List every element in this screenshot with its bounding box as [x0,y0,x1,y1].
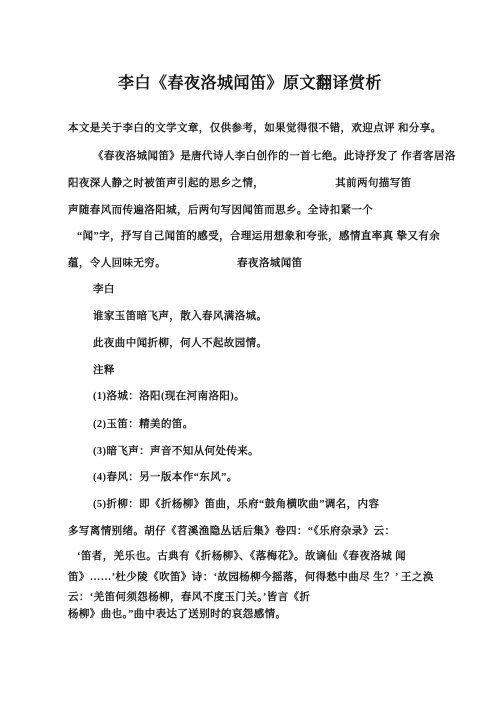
text-line: (1)洛城：洛阳(现在河南洛阳)。 [93,390,245,403]
text-line: 谁家玉笛暗飞声，散入春风满洛城。 [93,310,267,323]
text-line: “闻”字，抒写自己闻笛的感受，合理运用想象和夸张，感情直率真 挚又有余 [77,230,440,243]
text-line: 笛》……’杜少陵《吹笛》诗：‘故园杨柳今摇落，何得愁中曲尽 生？’ 王之涣 [68,571,434,584]
text-line: 云：‘羌笛何须怨杨柳，春风不度玉门关。’皆言《折 [68,591,310,604]
text-line: 注释 [93,364,115,377]
document-page: 李白《春夜洛城闻笛》原文翻译赏析 本文是关于李白的文学文章，仅供参考，如果觉得很… [0,0,500,708]
text-line: (5)折柳：即《折杨柳》笛曲，乐府“鼓角横吹曲”调名，内容 [93,498,379,511]
text-line: 多写离情别绪。胡仔《苕溪渔隐丛话后集》卷四：“《乐府杂录》云： [68,525,395,538]
text-line: 阳夜深人静之时被笛声引起的思乡之情， 其前两句描写笛 [68,177,412,190]
text-line: 杨柳》曲也。”曲中表达了送别时的哀怨感情。 [68,608,286,621]
text-line: (3)暗飞声：声音不知从何处传来。 [93,445,259,458]
text-line: 此夜曲中闻折柳，何人不起故园情。 [93,337,267,350]
text-line: (2)玉笛：精美的笛。 [93,418,194,431]
text-line: 蕴，令人回味无穷。 春夜洛城闻笛 [68,257,303,270]
document-title: 李白《春夜洛城闻笛》原文翻译赏析 [0,73,500,95]
text-line: ‘笛者，羌乐也。古典有《折杨柳》、《落梅花》。故谪仙《春夜洛城 闻 [77,550,406,563]
text-line: 李白 [93,283,115,296]
text-line: (4)春风：另一版本作“东风”。 [93,471,238,484]
text-line: 《春夜洛城闻笛》是唐代诗人李白创作的一首七绝。此诗抒发了 作者客居洛 [93,150,456,163]
text-line: 本文是关于李白的文学文章，仅供参考，如果觉得很不错，欢迎点评 和分享。 [68,122,442,135]
text-line: 声随春风而传遍洛阳城，后两句写因闻笛而思乡。全诗扣紧一个 [68,204,373,217]
